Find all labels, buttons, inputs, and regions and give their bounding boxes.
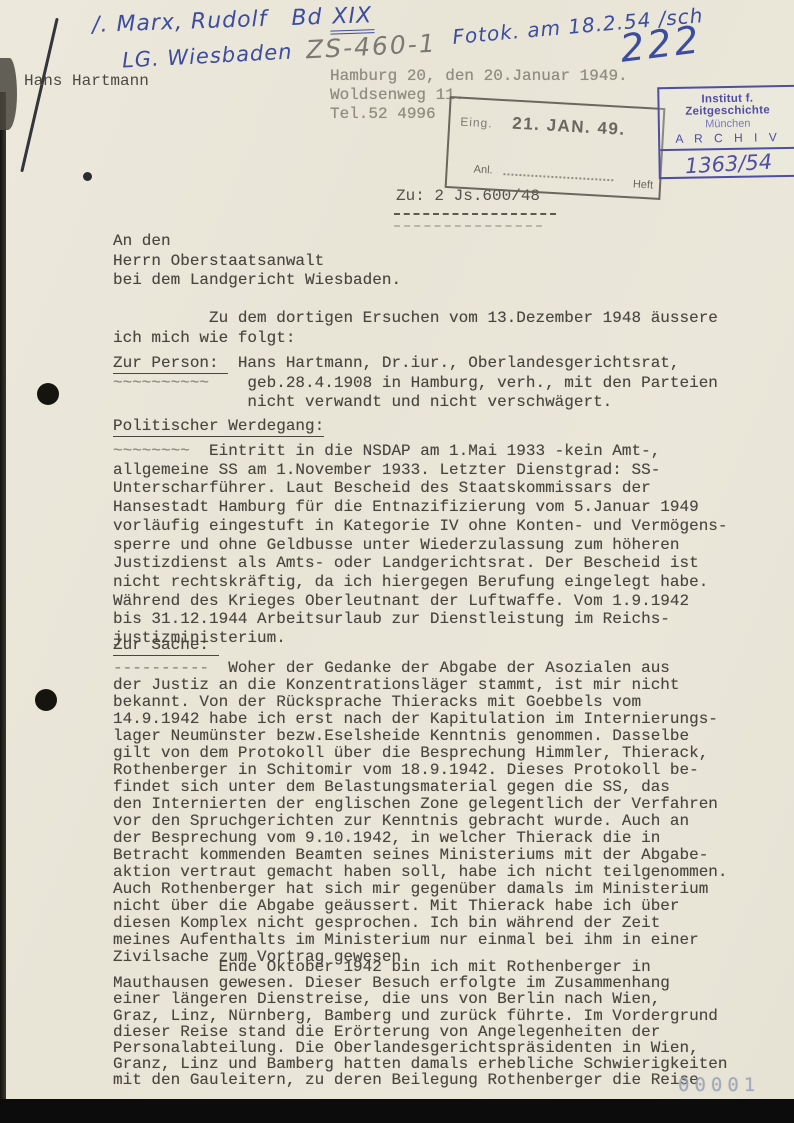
stamp-heft-label: Heft xyxy=(633,178,654,191)
typed-line: Rothenberger in Schitomir vom 18.9.1942.… xyxy=(113,762,728,779)
typed-line: Mauthausen gewesen. Dieser Besuch erfolg… xyxy=(113,975,728,991)
typed-line: nicht verwandt und nicht verschwägert. xyxy=(113,393,718,413)
typed-line: einer längeren Dienstreise, die uns von … xyxy=(113,991,728,1007)
typed-line: Herrn Oberstaatsanwalt xyxy=(113,252,401,272)
archive-stamp-city: München xyxy=(660,117,794,131)
typed-line: Auch Rothenberger hat sich mir gegenüber… xyxy=(113,881,728,898)
typed-segment: Hans Hartmann, Dr.iur., Oberlandesgerich… xyxy=(228,354,679,372)
typed-line: meines Aufenthalts im Ministerium nur ei… xyxy=(113,932,728,949)
typed-line: Zur Person: Hans Hartmann, Dr.iur., Ober… xyxy=(113,354,718,374)
typed-line: Zur Sache: xyxy=(113,636,219,656)
typed-line: findet sich unter dem Belastungsmaterial… xyxy=(113,779,728,796)
annotation-marx-bd: Bd xyxy=(291,5,331,31)
section-zur-person: Zur Person: Hans Hartmann, Dr.iur., Ober… xyxy=(113,354,718,413)
typed-line: ---------- Woher der Gedanke der Abgabe … xyxy=(113,660,728,677)
typed-line: diesen Komplex nicht gesprochen. Ich bin… xyxy=(113,915,728,932)
recipient-address: An denHerrn Oberstaatsanwaltbei dem Land… xyxy=(113,232,401,291)
archive-stamp-archiv: A R C H I V xyxy=(660,130,794,146)
typed-segment: ~~~~~~~~ xyxy=(113,442,190,460)
typed-segment: Woher der Gedanke der Abgabe der Asozial… xyxy=(209,659,670,677)
scanned-document: { "annotations": { "marx_line1_prefix": … xyxy=(0,0,794,1123)
typed-line: den Internierten der englischen Zone gel… xyxy=(113,796,728,813)
typed-line: der Justiz an die Konzentrationsläger st… xyxy=(113,677,728,694)
stamp-eingang-label: Eing. xyxy=(460,115,493,131)
typed-line: Ende Oktober 1942 bin ich mit Rothenberg… xyxy=(113,959,728,975)
underlined-heading-text: Zur Sache: xyxy=(113,636,219,656)
typed-line: allgemeine SS am 1.November 1933. Letzte… xyxy=(113,461,728,480)
typed-line: vorläufig eingestuft in Kategorie IV ohn… xyxy=(113,517,728,536)
heading-politischer-werdegang: Politischer Werdegang: xyxy=(113,417,324,437)
typed-line: ~~~~~~~~ Eintritt in die NSDAP am 1.Mai … xyxy=(113,442,728,461)
archive-stamp-institute: Institut f. Zeitgeschichte xyxy=(659,92,794,118)
hole-punch-top xyxy=(37,383,59,405)
typed-line: sperre und ohne Geldbusse unter Wiederzu… xyxy=(113,536,728,555)
typed-segment: Eintritt in die NSDAP am 1.Mai 1933 -kei… xyxy=(190,442,660,460)
typed-line: bis 31.12.1944 Arbeitsurlaub zur Dienstl… xyxy=(113,610,728,629)
typed-line: nicht rechtskräftig, da ich hiergegen Be… xyxy=(113,573,728,592)
typed-line: Hansestadt Hamburg für die Entnazifizier… xyxy=(113,498,728,517)
page-number-stamp: 00001 xyxy=(678,1074,760,1096)
sender-name: Hans Hartmann xyxy=(24,72,149,90)
typed-line: bei dem Landgericht Wiesbaden. xyxy=(113,271,401,291)
typed-line: Betracht kommenden Beamten seines Minist… xyxy=(113,847,728,864)
stamp-receipt-date: 21. JAN. 49. xyxy=(512,114,626,140)
typed-line: An den xyxy=(113,232,401,252)
underlined-heading-text: Zur Person: xyxy=(113,354,228,374)
typed-line: Justizdienst als Amts- oder Landgerichts… xyxy=(113,554,728,573)
reference-underline xyxy=(394,213,556,215)
typed-line: aktion vertraut gemacht haben soll, habe… xyxy=(113,864,728,881)
typed-line: der Besprechung vom 9.10.1942, in welche… xyxy=(113,830,728,847)
typed-line: nicht über die Abgabe geäussert. Mit Thi… xyxy=(113,898,728,915)
typed-line: ~~~~~~~~~~ geb.28.4.1908 in Hamburg, ver… xyxy=(113,374,718,394)
annotation-marx-spacer xyxy=(267,6,292,32)
typed-line: Während des Krieges Oberleutnant der Luf… xyxy=(113,592,728,611)
typed-segment: ~~~~~~~~~~ xyxy=(113,374,209,392)
pen-dot-mark xyxy=(83,172,92,181)
photo-edge-left xyxy=(0,92,6,1099)
intro-paragraph: Zu dem dortigen Ersuchen vom 13.Dezember… xyxy=(113,309,718,348)
typed-line: ich mich wie folgt: xyxy=(113,329,718,349)
stamp-anlagen-label: Anl. xyxy=(473,164,493,177)
annotation-marx-volume: XIX xyxy=(330,3,375,35)
typed-line: mit den Gauleitern, zu deren Beilegung R… xyxy=(113,1072,728,1088)
typed-line: lager Neumünster bezw.Eselsheide Kenntni… xyxy=(113,728,728,745)
heading-zur-sache: Zur Sache: xyxy=(113,636,219,656)
receipt-date-stamp: Eing. 21. JAN. 49. Anl. Heft xyxy=(445,96,666,200)
underlined-heading-text: Politischer Werdegang: xyxy=(113,417,324,437)
typed-line: Zu dem dortigen Ersuchen vom 13.Dezember… xyxy=(113,309,718,329)
typed-line: Graz, Linz, Nürnberg, Bamberg und zurück… xyxy=(113,1008,728,1024)
photo-edge-bottom xyxy=(0,1099,794,1123)
typed-segment: geb.28.4.1908 in Hamburg, verh., mit den… xyxy=(209,374,718,392)
typed-line: Unterscharführer. Laut Bescheid des Staa… xyxy=(113,479,728,498)
hole-punch-bottom xyxy=(35,689,57,711)
typed-line: bekannt. Von der Rücksprache Thieracks m… xyxy=(113,694,728,711)
stamp-dotted-line xyxy=(503,173,613,181)
typed-line: Granz, Linz und Bamberg hatten damals er… xyxy=(113,1056,728,1072)
typed-segment: ---------- xyxy=(113,659,209,677)
typed-line: vor den Spruchgerichten zur Kenntnis geb… xyxy=(113,813,728,830)
paragraph-zur-sache: ---------- Woher der Gedanke der Abgabe … xyxy=(113,660,728,966)
archive-stamp-number: 1363/54 xyxy=(660,148,794,179)
typed-line: Personalabteilung. Die Oberlandesgericht… xyxy=(113,1040,728,1056)
typed-line: Hamburg 20, den 20.Januar 1949. xyxy=(330,67,628,86)
archive-stamp: Institut f. Zeitgeschichte München A R C… xyxy=(657,85,794,179)
typed-line: 14.9.1942 habe ich erst nach der Kapitul… xyxy=(113,711,728,728)
typed-line: Politischer Werdegang: xyxy=(113,417,324,437)
paragraph-politischer-werdegang: ~~~~~~~~ Eintritt in die NSDAP am 1.Mai … xyxy=(113,442,728,648)
typed-line: gilt von dem Protokoll über die Besprech… xyxy=(113,745,728,762)
reference-underline-2 xyxy=(394,225,542,227)
paragraph-mauthausen: Ende Oktober 1942 bin ich mit Rothenberg… xyxy=(113,959,728,1089)
typed-line: dieser Reise stand die Erörterung von An… xyxy=(113,1024,728,1040)
